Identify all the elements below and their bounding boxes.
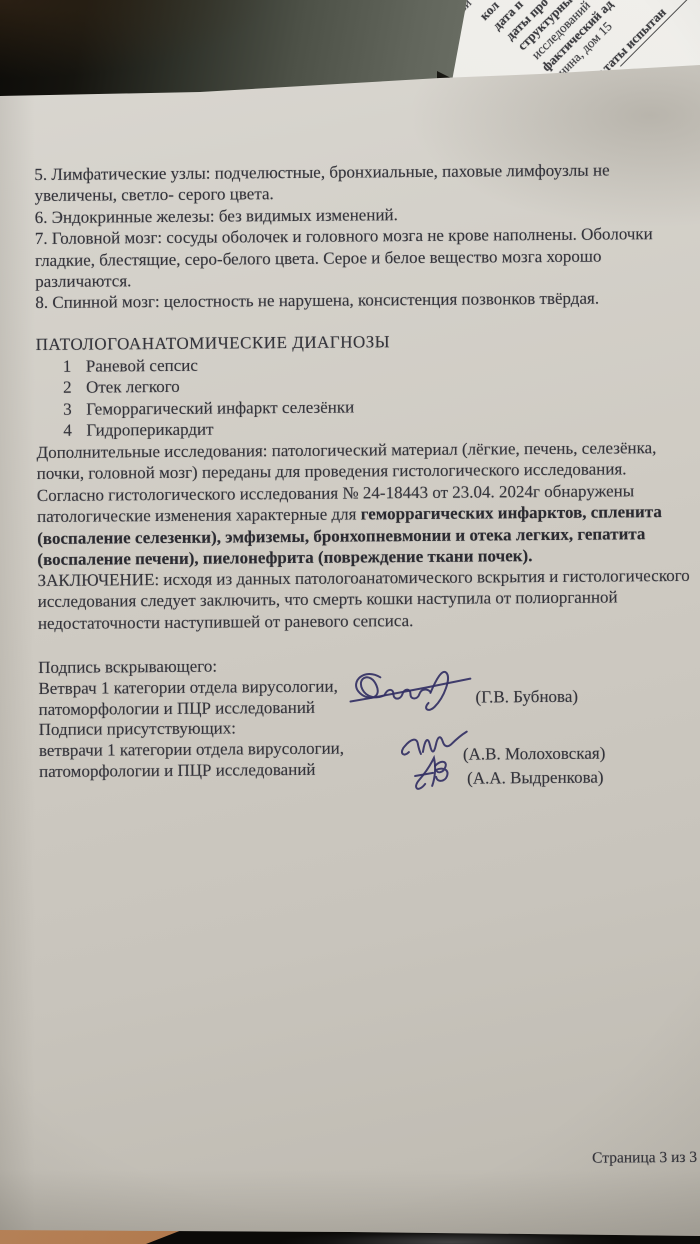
signature-left-column: Подпись вскрывающего:Ветврач 1 категории… (38, 656, 344, 783)
text-line: ветврачи 1 категории отдела вирусологии, (39, 739, 344, 762)
signer-name-bubnova: (Г.В. Бубнова) (475, 686, 578, 708)
report-page: 5. Лимфатические узлы: подчелюстные, бро… (0, 0, 700, 1244)
diagnosis-number: 4 (63, 420, 86, 442)
text-line: Ветврач 1 категории отдела вирусологии, (38, 676, 343, 699)
text-line: недостаточности наступившей от раневого … (38, 608, 690, 635)
text-line: 8. Спинной мозг: целостность не нарушена… (35, 288, 653, 314)
diagnosis-item: 4Гидроперикардит (36, 418, 354, 442)
text-line: Подпись вскрывающего: (38, 656, 343, 679)
additional-research-paragraph: Дополнительные исследования: патологичес… (36, 437, 662, 570)
signer-name-vydrenkova: (А.А. Выдренкова) (467, 767, 604, 789)
diagnosis-item: 3Геморрагический инфаркт селезёнки (36, 396, 354, 420)
page-footer: Страница 3 из 3 (592, 1147, 697, 1169)
bold-text-segment: (воспаление селезенки), эмфиземы, бронхо… (37, 524, 645, 548)
signer-name-molokhovskaya: (А.В. Молоховская) (463, 743, 606, 766)
diagnosis-number: 3 (63, 398, 86, 420)
diagnosis-label: Раневой сепсис (86, 356, 198, 376)
bold-text-segment: геморрагических инфарктов, спленита (361, 502, 662, 523)
diagnosis-item: 1Раневой сепсис (36, 353, 354, 377)
bold-text-segment: (воспаление печени), пиелонефрита (повре… (37, 546, 532, 569)
diagnosis-number: 2 (63, 377, 86, 399)
text-line: патоморфологии и ПЦР исследований (38, 697, 343, 720)
signature-vydrenkova (409, 754, 459, 794)
diagnosis-item: 2Отек легкого (36, 375, 354, 399)
photo-of-document: виколдата пдаты проструктурныисследовани… (0, 0, 700, 1244)
text-segment: патологические изменения характерные для (37, 505, 361, 527)
text-line: патоморфологии и ПЦР исследований (39, 760, 344, 783)
report-text: 5. Лимфатические узлы: подчелюстные, бро… (33, 0, 691, 1244)
findings-list: 5. Лимфатические узлы: подчелюстные, бро… (34, 159, 653, 314)
text-segment: почки, головной мозг) переданы для прове… (37, 460, 627, 484)
text-line: Подписи присутствующих: (39, 718, 344, 741)
signature-bubnova (346, 665, 474, 718)
diagnoses-list: 1Раневой сепсис2Отек легкого3Геморрагиче… (36, 353, 355, 441)
diagnoses-heading: ПАТОЛОГОАНАТОМИЧЕСКИЕ ДИАГНОЗЫ (36, 331, 391, 355)
diagnosis-label: Отек легкого (86, 377, 180, 397)
diagnosis-number: 1 (63, 356, 86, 378)
diagnosis-label: Геморрагический инфаркт селезёнки (86, 397, 354, 418)
diagnosis-label: Гидроперикардит (86, 420, 213, 440)
conclusion-paragraph: ЗАКЛЮЧЕНИЕ: исходя из данных патологоана… (37, 565, 690, 634)
